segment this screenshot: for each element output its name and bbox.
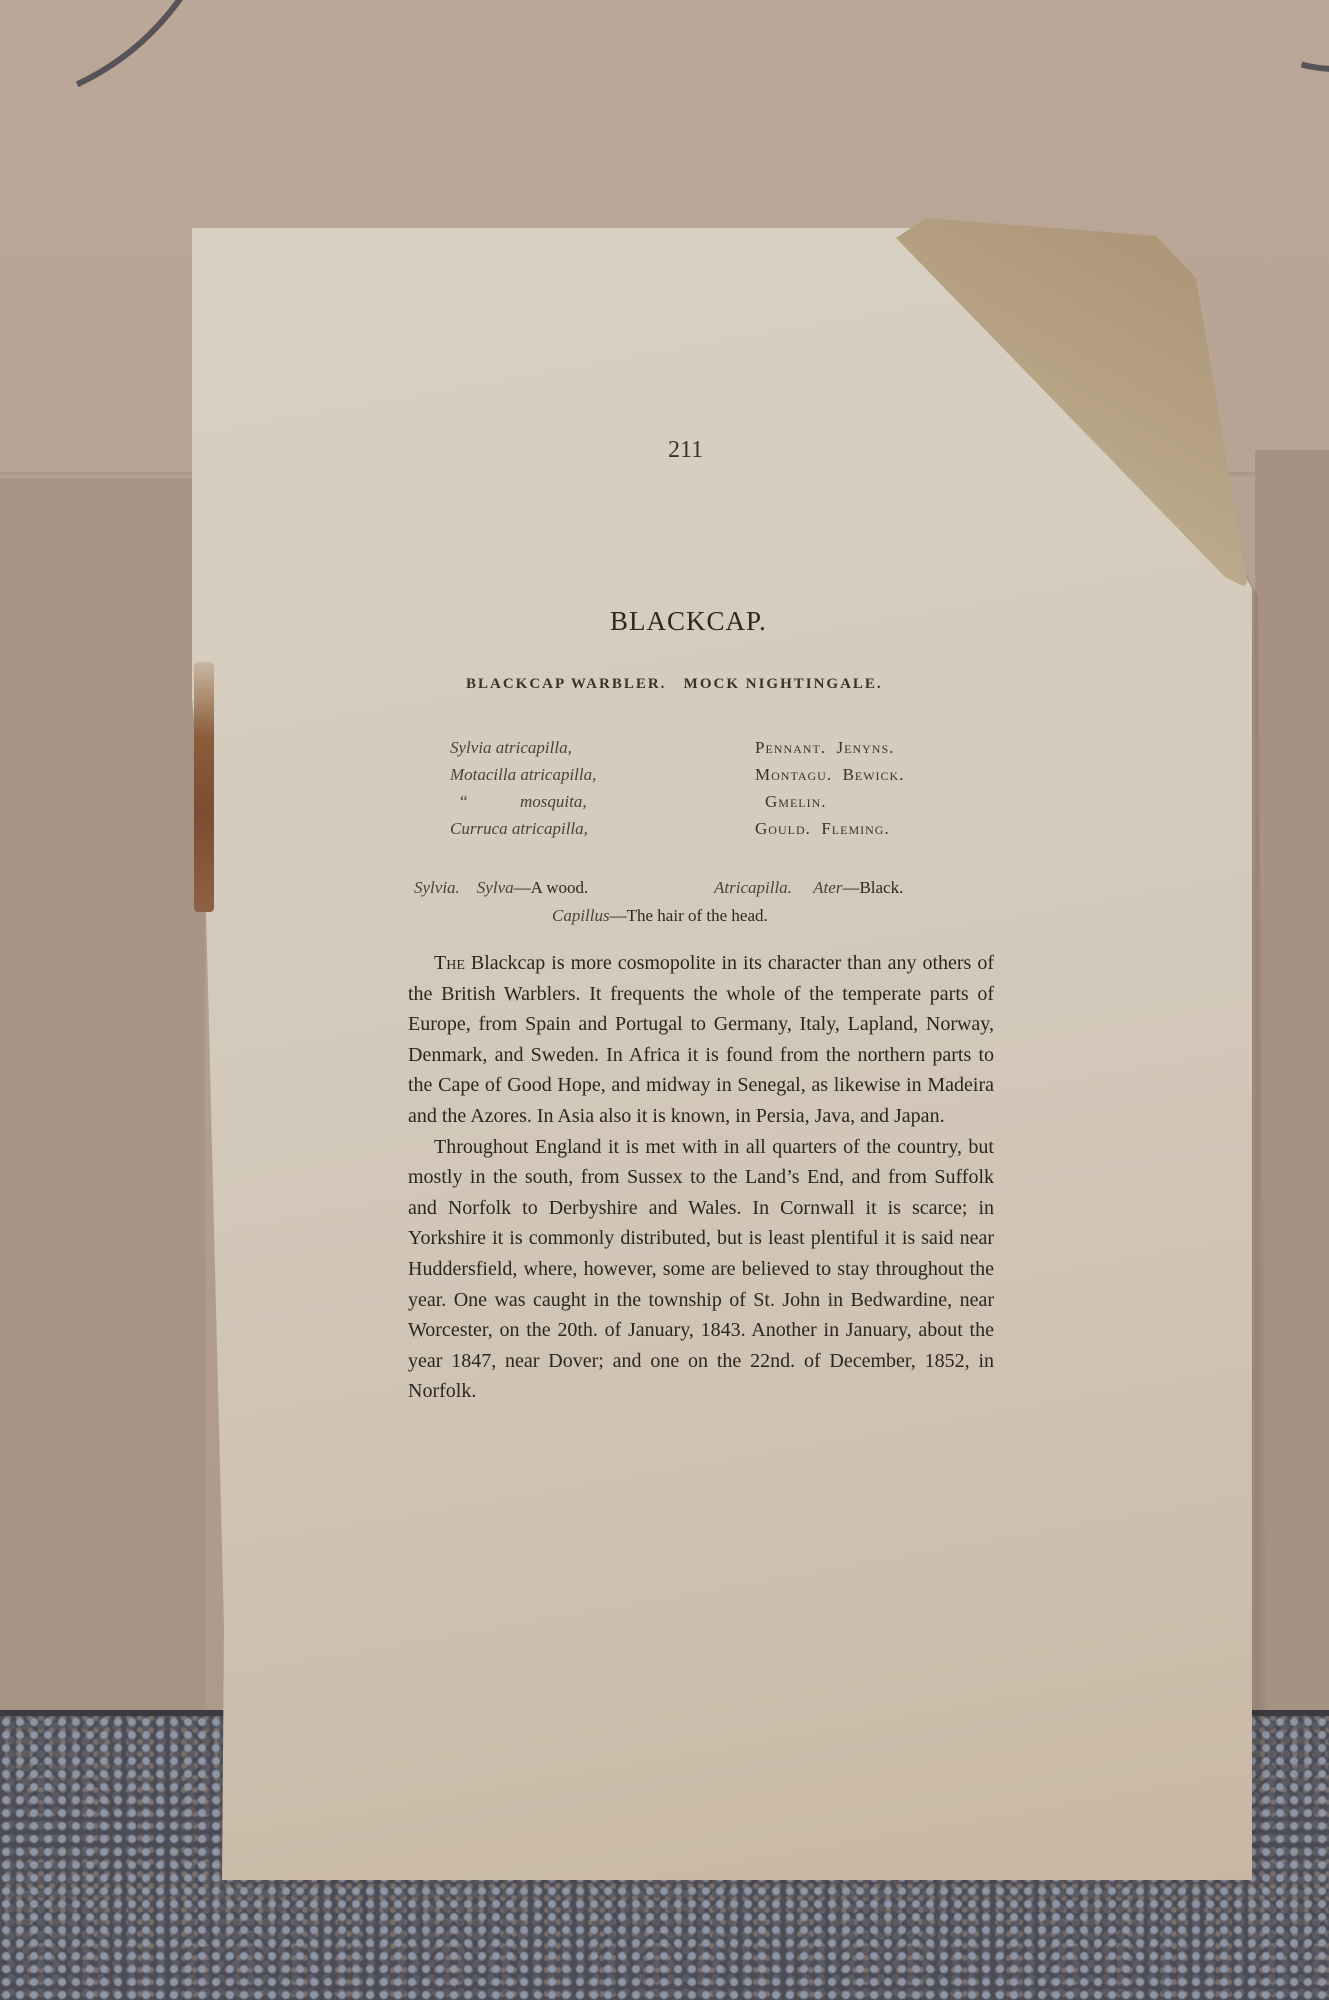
paragraph: The Blackcap is more cosmopolite in its … bbox=[408, 948, 994, 1132]
etymology-line: Sylvia. Sylva—A wood. Atricapilla. Ater—… bbox=[414, 874, 1014, 902]
scientific-name: Sylvia atricapilla, bbox=[450, 734, 755, 761]
page-title: BLACKCAP. bbox=[610, 606, 767, 637]
synonymy-list: Sylvia atricapilla, Pennant. Jenyns. Mot… bbox=[450, 734, 970, 842]
authorities: Montagu. Bewick. bbox=[755, 761, 904, 788]
scientific-name: Motacilla atricapilla, bbox=[450, 761, 755, 788]
body-text: The Blackcap is more cosmopolite in its … bbox=[408, 948, 994, 1407]
genus-etymology: Sylvia. Sylva—A wood. bbox=[414, 874, 714, 902]
spine-binding-residue bbox=[194, 662, 214, 912]
authorities: Gould. Fleming. bbox=[755, 815, 890, 842]
etymology: Sylvia. Sylva—A wood. Atricapilla. Ater—… bbox=[414, 874, 1014, 930]
common-names: BLACKCAP WARBLER. MOCK NIGHTINGALE. bbox=[466, 676, 883, 693]
synonym-row: Motacilla atricapilla, Montagu. Bewick. bbox=[450, 761, 970, 788]
synonym-row: “mosquita, Gmelin. bbox=[450, 788, 970, 815]
authorities: Gmelin. bbox=[765, 788, 827, 815]
paragraph: Throughout England it is met with in all… bbox=[408, 1132, 994, 1407]
authorities: Pennant. Jenyns. bbox=[755, 734, 894, 761]
backdrop-left-panel bbox=[0, 478, 205, 1714]
scientific-name: Curruca atricapilla, bbox=[450, 815, 755, 842]
scientific-name: “mosquita, bbox=[450, 788, 765, 815]
species-etymology: Atricapilla. Ater—Black. bbox=[714, 874, 903, 902]
backdrop-right-panel bbox=[1255, 450, 1329, 1720]
etymology-line: Capillus—The hair of the head. bbox=[414, 902, 1014, 930]
synonym-row: Sylvia atricapilla, Pennant. Jenyns. bbox=[450, 734, 970, 761]
lead-word: The bbox=[434, 952, 465, 974]
ditto-mark: “ bbox=[460, 788, 520, 815]
synonym-row: Curruca atricapilla, Gould. Fleming. bbox=[450, 815, 970, 842]
page-number: 211 bbox=[668, 437, 703, 464]
